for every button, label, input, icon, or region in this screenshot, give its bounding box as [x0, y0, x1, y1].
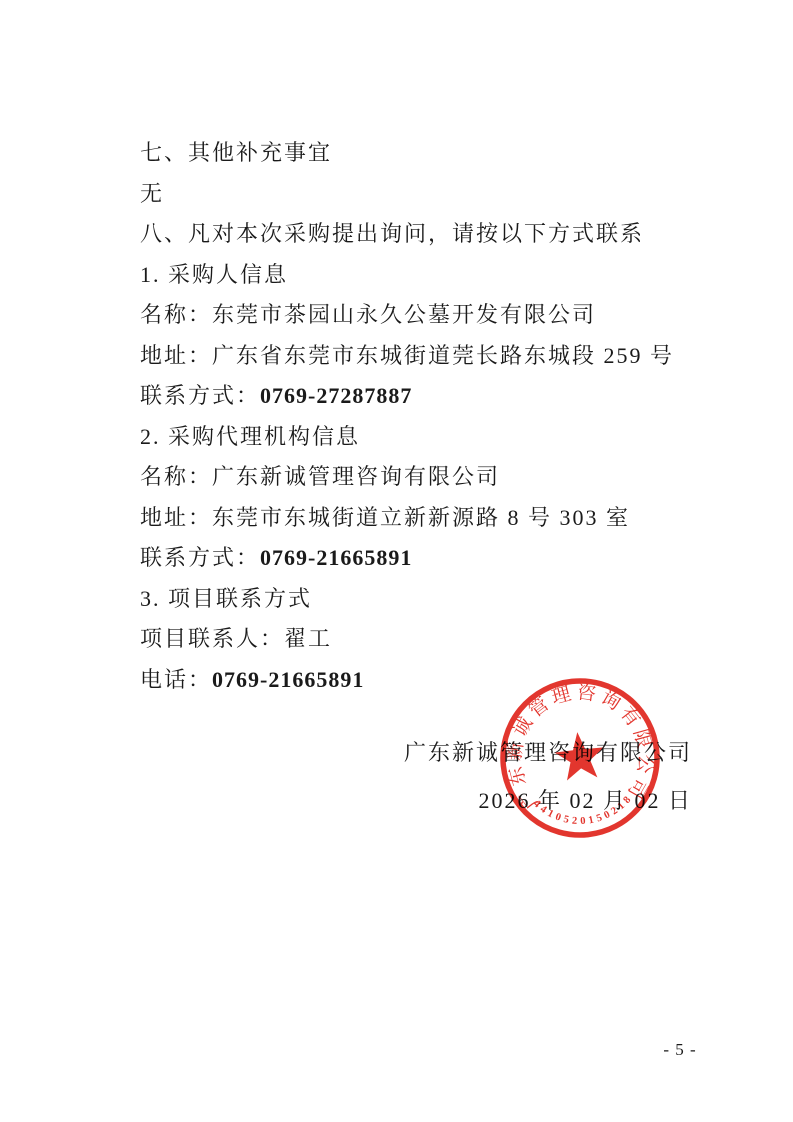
body-line: 地址：东莞市东城街道立新新源路 8 号 303 室	[140, 498, 680, 539]
line-bold-text: 0769-27287887	[260, 383, 412, 408]
line-text: 1. 采购人信息	[140, 262, 288, 287]
line-text: 联系方式：	[140, 545, 260, 570]
line-text: 地址：东莞市东城街道立新新源路 8 号 303 室	[140, 505, 630, 530]
body-line: 名称：东莞市茶园山永久公墓开发有限公司	[140, 295, 680, 336]
line-text: 项目联系人：翟工	[140, 626, 332, 651]
line-text: 名称：东莞市茶园山永久公墓开发有限公司	[140, 302, 596, 327]
body-line: 名称：广东新诚管理咨询有限公司	[140, 457, 680, 498]
line-text: 3. 项目联系方式	[140, 586, 312, 611]
line-bold-text: 0769-21665891	[212, 667, 364, 692]
body-line: 联系方式：0769-21665891	[140, 538, 680, 579]
line-text: 地址：广东省东莞市东城街道莞长路东城段 259 号	[140, 343, 674, 368]
line-text: 八、凡对本次采购提出询问，请按以下方式联系	[140, 221, 644, 246]
line-text: 2. 采购代理机构信息	[140, 424, 360, 449]
line-text: 名称：广东新诚管理咨询有限公司	[140, 464, 500, 489]
line-text: 电话：	[140, 667, 212, 692]
line-bold-text: 0769-21665891	[260, 545, 412, 570]
company-seal-stamp: 广东新诚管理咨询有限公司 4410520150218	[495, 673, 665, 843]
body-line: 无	[140, 174, 680, 215]
body-line: 地址：广东省东莞市东城街道莞长路东城段 259 号	[140, 336, 680, 377]
line-text: 联系方式：	[140, 383, 260, 408]
body-line: 八、凡对本次采购提出询问，请按以下方式联系	[140, 214, 680, 255]
seal-group: 广东新诚管理咨询有限公司 4410520150218	[495, 673, 664, 842]
body-line: 联系方式：0769-27287887	[140, 376, 680, 417]
body-line: 1. 采购人信息	[140, 255, 680, 296]
document-page: 七、其他补充事宜 无 八、凡对本次采购提出询问，请按以下方式联系 1. 采购人信…	[0, 0, 793, 1122]
line-text: 无	[140, 181, 164, 206]
document-body: 七、其他补充事宜 无 八、凡对本次采购提出询问，请按以下方式联系 1. 采购人信…	[140, 133, 680, 700]
page-number: - 5 -	[653, 1040, 707, 1060]
body-line: 七、其他补充事宜	[140, 133, 680, 174]
seal-star-icon	[553, 730, 607, 782]
body-line: 2. 采购代理机构信息	[140, 417, 680, 458]
body-line: 3. 项目联系方式	[140, 579, 680, 620]
body-line: 项目联系人：翟工	[140, 619, 680, 660]
line-text: 七、其他补充事宜	[140, 140, 332, 165]
